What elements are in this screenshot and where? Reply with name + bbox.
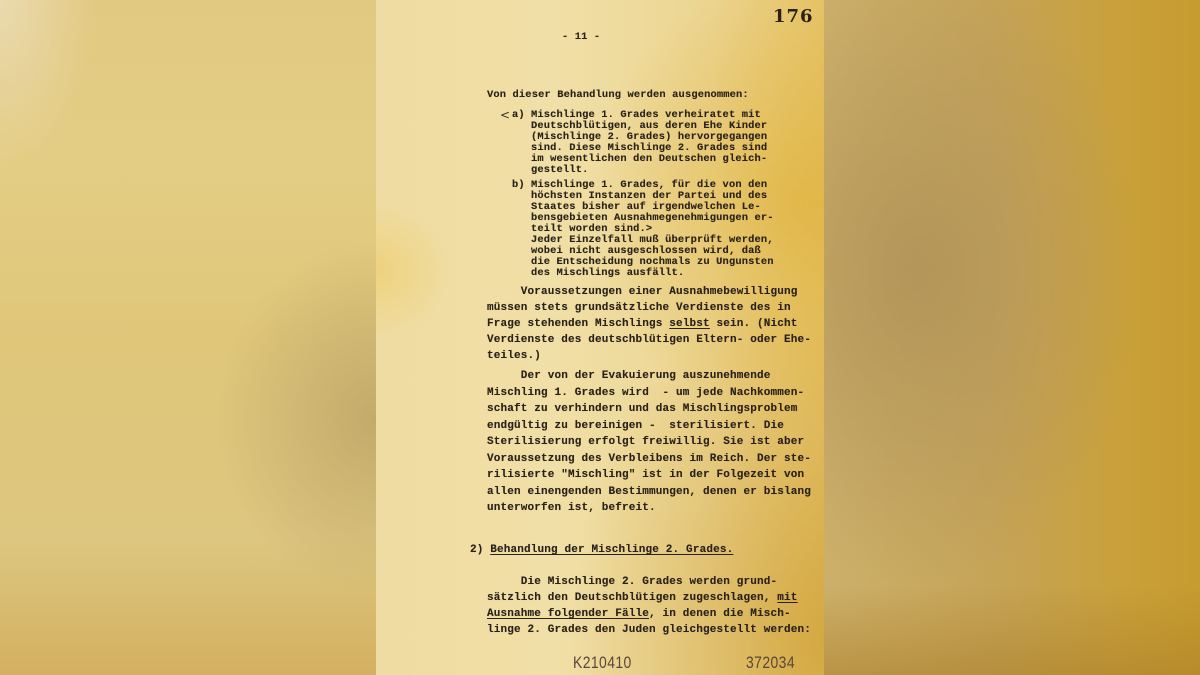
background-right-blur — [824, 0, 1200, 675]
background-left-blur — [0, 0, 376, 675]
paragraph-line: schaft zu verhindern und das Mischlingsp… — [487, 401, 798, 417]
paragraph-line: unterworfen ist, befreit. — [487, 500, 656, 516]
page-header: - 11 - — [562, 32, 600, 43]
archive-stamp-right: 372034 — [746, 653, 795, 673]
exception-a-marker: a) — [512, 110, 525, 121]
paragraph-line: Frage stehenden Mischlings selbst sein. … — [487, 316, 798, 332]
paragraph-line: müssen stets grundsätzliche Verdienste d… — [487, 300, 791, 316]
paragraph-line: Die Mischlinge 2. Grades werden grund- — [487, 574, 777, 590]
paragraph-line: Ausnahme folgender Fälle, in denen die M… — [487, 606, 791, 622]
text: , in denen die Misch- — [649, 608, 791, 620]
section-number: 2) — [470, 544, 484, 556]
paragraph-line: Der von der Evakuierung auszunehmende — [487, 368, 771, 384]
section-title: Behandlung der Mischlinge 2. Grades. — [490, 544, 733, 556]
exception-b-line: des Mischlings ausfällt. — [531, 268, 684, 279]
paragraph-line: linge 2. Grades den Juden gleichgestellt… — [487, 622, 811, 638]
intro-line: Von dieser Behandlung werden ausgenommen… — [487, 90, 749, 101]
bracket-mark: < — [500, 108, 510, 122]
paragraph-line: sätzlich den Deutschblütigen zugeschlage… — [487, 590, 798, 606]
paragraph-line: Sterilisierung erfolgt freiwillig. Sie i… — [487, 434, 804, 450]
paragraph-line: allen einengenden Bestimmungen, denen er… — [487, 484, 811, 500]
archive-page-number: 176 — [773, 6, 814, 27]
underlined-emphasis: mit — [777, 592, 797, 604]
paragraph-line: rilisierte "Mischling" ist in der Folgez… — [487, 467, 804, 483]
paragraph-line: endgültig zu bereinigen - sterilisiert. … — [487, 418, 784, 434]
document-page: 176 - 11 - Von dieser Behandlung werden … — [376, 0, 824, 675]
exception-b-marker: b) — [512, 180, 525, 191]
underlined-emphasis: selbst — [669, 318, 710, 330]
text: sätzlich den Deutschblütigen zugeschlage… — [487, 592, 777, 604]
text: sein. (Nicht — [710, 318, 798, 330]
paragraph-line: Voraussetzungen einer Ausnahmebewilligun… — [487, 284, 798, 300]
underlined-emphasis: Ausnahme folgender Fälle — [487, 608, 649, 620]
archive-stamp-left: K210410 — [573, 653, 632, 673]
exception-a-line: gestellt. — [531, 165, 588, 176]
paragraph-line: teiles.) — [487, 348, 541, 364]
paragraph-line: Voraussetzung des Verbleibens im Reich. … — [487, 451, 811, 467]
paragraph-line: Mischling 1. Grades wird - um jede Nachk… — [487, 385, 804, 401]
text: Frage stehenden Mischlings — [487, 318, 669, 330]
section-2-heading: 2) Behandlung der Mischlinge 2. Grades. — [470, 542, 733, 558]
paragraph-line: Verdienste des deutschblütigen Eltern- o… — [487, 332, 811, 348]
